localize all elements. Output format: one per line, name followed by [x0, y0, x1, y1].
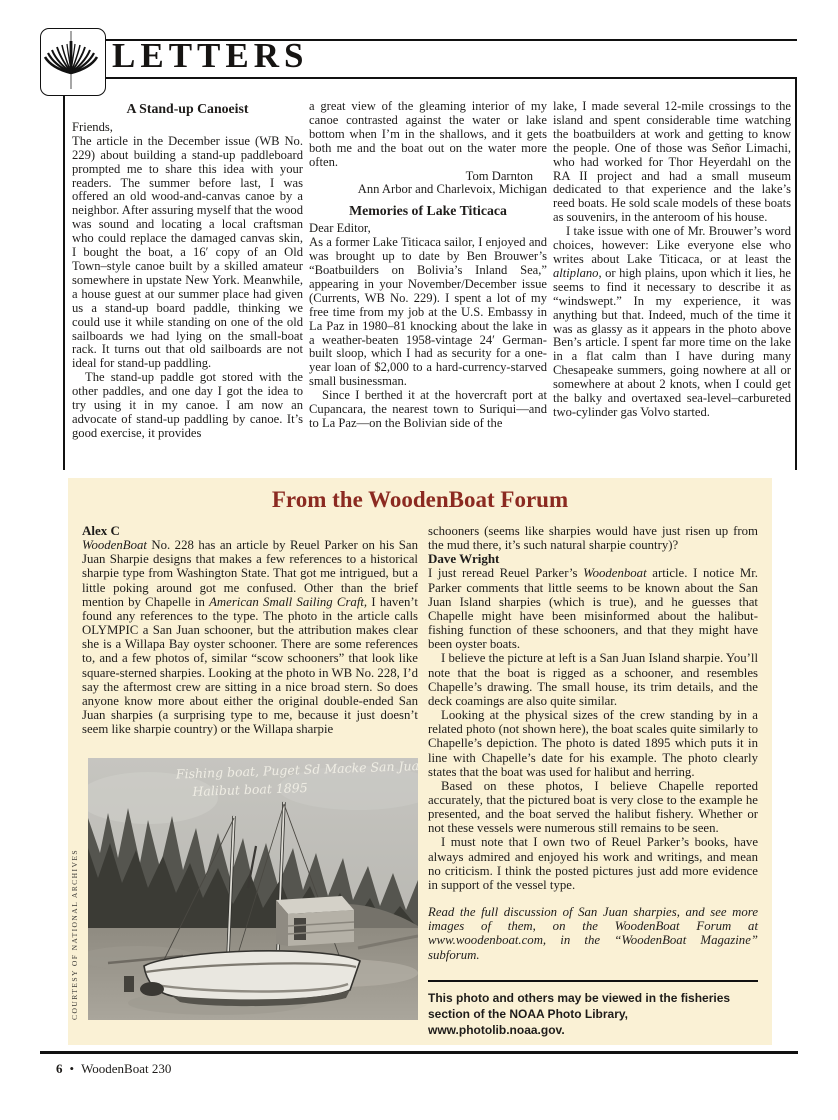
letters-column-2: a great view of the gleaming interior of…	[309, 100, 547, 431]
letter2-salutation: Dear Editor,	[309, 222, 547, 236]
forum-closing-note: Read the full discussion of San Juan sha…	[428, 905, 758, 962]
footer-rule	[40, 1051, 798, 1054]
letter2-paragraph: Since I berthed it at the hovercraft por…	[309, 389, 547, 431]
letters-right-rule	[795, 77, 797, 470]
letter2-heading: Memories of Lake Titicaca	[309, 204, 547, 218]
historic-boat-photo: Fishing boat, Puget Sd Macke San Juan Ha…	[88, 758, 418, 1020]
noaa-photo-note: This photo and others may be viewed in t…	[428, 990, 758, 1038]
letter1-paragraph: The stand-up paddle got stored with the …	[72, 371, 303, 441]
magazine-page: LETTERS A Stand-up Canoeist Friends, The…	[0, 0, 838, 1120]
letter1-signature-place: Ann Arbor and Charlevoix, Michigan	[309, 183, 547, 197]
san-juan-sharpie-photo: Fishing boat, Puget Sd Macke San Juan Ha…	[88, 758, 418, 1020]
forum-post-paragraph: I just reread Reuel Parker’s Woodenboat …	[428, 566, 758, 651]
photo-credit: COURTESY OF NATIONAL ARCHIVES	[70, 758, 79, 1020]
letter2-paragraph: As a former Lake Titicaca sailor, I enjo…	[309, 236, 547, 389]
header-bottom-rule	[104, 77, 797, 79]
forum-post-paragraph: I must note that I own two of Reuel Park…	[428, 835, 758, 892]
forum-post-paragraph: Based on these photos, I believe Chapell…	[428, 779, 758, 836]
letters-column-1: A Stand-up Canoeist Friends, The article…	[72, 100, 303, 441]
forum-box: From the WoodenBoat Forum Alex C WoodenB…	[68, 478, 772, 1045]
footer: 6•WoodenBoat 230	[56, 1061, 171, 1077]
forum-post-paragraph: WoodenBoat No. 228 has an article by Reu…	[82, 538, 418, 736]
forum-poster-name: Alex C	[82, 524, 418, 538]
forum-post-paragraph: Looking at the physical sizes of the cre…	[428, 708, 758, 779]
letter1-paragraph: The article in the December issue (WB No…	[72, 135, 303, 371]
forum-title: From the WoodenBoat Forum	[68, 487, 772, 513]
forum-poster-name: Dave Wright	[428, 552, 758, 566]
woodenboat-logo	[40, 28, 106, 96]
forum-post-paragraph: schooners (seems like sharpies would hav…	[428, 524, 758, 552]
photo-note-rule	[428, 980, 758, 982]
letter1-heading: A Stand-up Canoeist	[72, 102, 303, 116]
letters-column-3: lake, I made several 12-mile crossings t…	[553, 100, 791, 420]
forum-column-left: Alex C WoodenBoat No. 228 has an article…	[82, 524, 418, 736]
letter1-paragraph: a great view of the gleaming interior of…	[309, 100, 547, 170]
letter2-paragraph: I take issue with one of Mr. Brouwer’s w…	[553, 225, 791, 420]
letter1-salutation: Friends,	[72, 121, 303, 135]
fan-leaf-icon	[41, 29, 101, 91]
forum-post-paragraph: I believe the picture at left is a San J…	[428, 651, 758, 708]
forum-column-right: schooners (seems like sharpies would hav…	[428, 524, 758, 1038]
letter1-signature-name: Tom Darnton	[309, 170, 547, 184]
letters-left-rule	[63, 94, 65, 470]
letter2-paragraph: lake, I made several 12-mile crossings t…	[553, 100, 791, 225]
footer-bullet: •	[63, 1061, 82, 1076]
page-number: 6	[56, 1061, 63, 1076]
section-title: LETTERS	[112, 36, 308, 76]
magazine-title: WoodenBoat 230	[81, 1061, 171, 1076]
